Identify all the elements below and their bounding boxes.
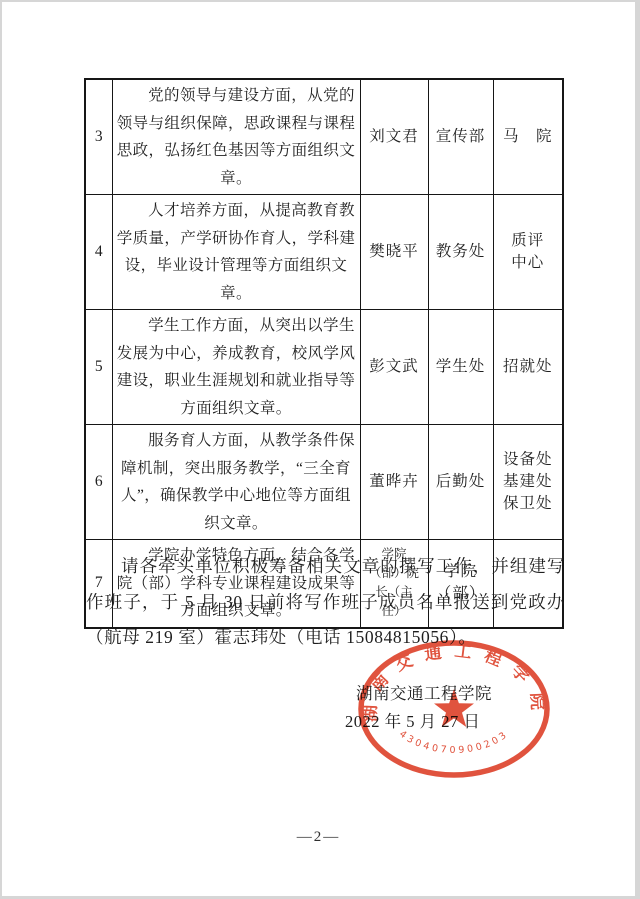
table-row: 4 人才培养方面，从提高教育教学质量，产学研协作育人，学科建设，毕业设计管理等方… [85, 195, 563, 310]
row-number: 3 [85, 79, 112, 195]
row-support-dept: 招就处 [493, 310, 563, 425]
row-lead-person: 彭文武 [360, 310, 428, 425]
row-lead-person: 董晔卉 [360, 425, 428, 540]
row-lead-person: 樊晓平 [360, 195, 428, 310]
row-number: 4 [85, 195, 112, 310]
table-row: 5 学生工作方面，从突出以学生发展为中心，养成教育，校风学风建设，职业生涯规划和… [85, 310, 563, 425]
row-number: 6 [85, 425, 112, 540]
row-description: 学生工作方面，从突出以学生发展为中心，养成教育，校风学风建设，职业生涯规划和就业… [112, 310, 360, 425]
row-lead-dept: 教务处 [428, 195, 493, 310]
row-description: 党的领导与建设方面，从党的领导与组织保障，思政课程与课程思政，弘扬红色基因等方面… [112, 79, 360, 195]
official-seal: 湖南交通工程学院 4304070900203 [355, 637, 553, 782]
row-lead-dept: 后勤处 [428, 425, 493, 540]
seal-code: 4304070900203 [397, 729, 511, 756]
row-number: 5 [85, 310, 112, 425]
row-lead-dept: 宣传部 [428, 79, 493, 195]
row-lead-dept: 学生处 [428, 310, 493, 425]
table-row: 6 服务育人方面，从教学条件保障机制，突出服务教学，“三全育人”，确保教学中心地… [85, 425, 563, 540]
row-support-dept: 设备处 基建处 保卫处 [493, 425, 563, 540]
row-support-dept: 质评 中心 [493, 195, 563, 310]
row-support-dept: 马 院 [493, 79, 563, 195]
row-lead-person: 刘文君 [360, 79, 428, 195]
row-description: 人才培养方面，从提高教育教学质量，产学研协作育人，学科建设，毕业设计管理等方面组… [112, 195, 360, 310]
table-row: 3 党的领导与建设方面，从党的领导与组织保障，思政课程与课程思政，弘扬红色基因等… [85, 79, 563, 195]
page-number: —2— [2, 829, 635, 846]
svg-text:4304070900203: 4304070900203 [397, 729, 511, 756]
star-icon [434, 689, 474, 727]
row-description: 服务育人方面，从教学条件保障机制，突出服务教学，“三全育人”，确保教学中心地位等… [112, 425, 360, 540]
document-page: 3 党的领导与建设方面，从党的领导与组织保障，思政课程与课程思政，弘扬红色基因等… [2, 2, 635, 896]
assignment-table: 3 党的领导与建设方面，从党的领导与组织保障，思政课程与课程思政，弘扬红色基因等… [84, 78, 564, 629]
